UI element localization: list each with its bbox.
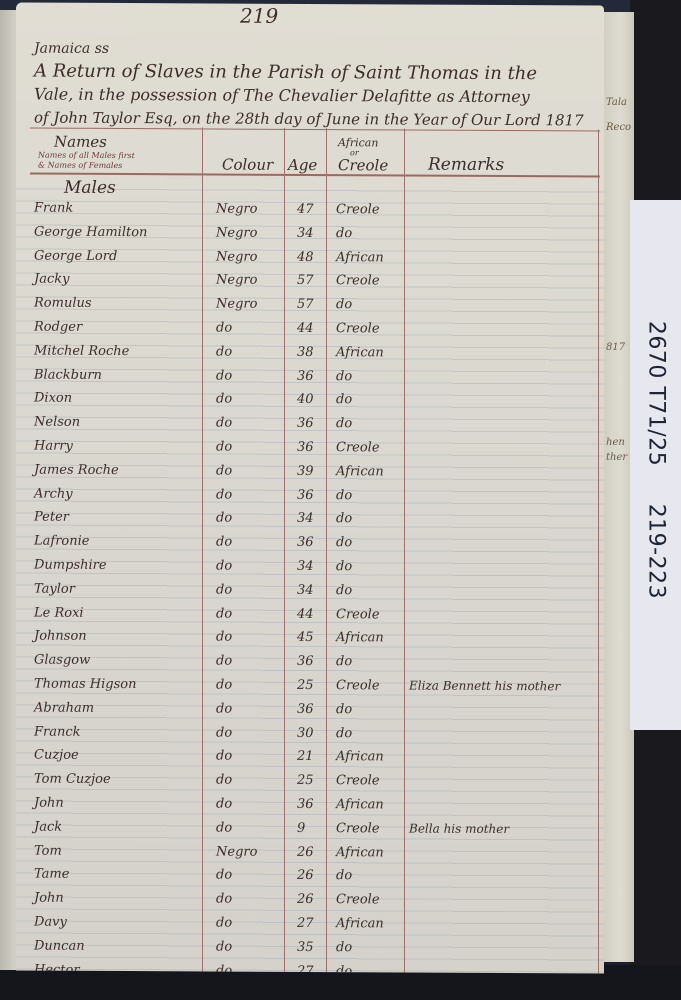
table-row: Taylordo34do <box>16 581 604 608</box>
cell-origin: do <box>336 416 352 431</box>
cell-origin: African <box>336 845 384 860</box>
cell-origin: African <box>336 464 384 479</box>
cell-colour: do <box>216 773 232 788</box>
cell-colour: Negro <box>216 249 257 264</box>
table-row: JackyNegro57Creole <box>16 272 604 299</box>
cell-origin: do <box>336 583 352 598</box>
cell-colour: Negro <box>216 297 257 312</box>
table-row: Tamedo26do <box>16 867 604 894</box>
cell-colour: do <box>216 416 232 431</box>
cell-name: Frank <box>34 201 73 216</box>
margin-note: Reco <box>606 122 631 133</box>
cell-age: 36 <box>297 369 314 384</box>
cell-age: 36 <box>297 416 314 431</box>
cell-colour: Negro <box>216 225 257 240</box>
cell-age: 40 <box>297 392 314 407</box>
table-row: George LordNegro48African <box>16 248 604 275</box>
cell-age: 21 <box>297 749 314 764</box>
table-row: Jackdo9CreoleBella his mother <box>16 819 604 846</box>
margin-note: ther <box>606 452 627 463</box>
cell-name: Harry <box>34 439 73 454</box>
cell-colour: do <box>216 368 232 383</box>
cell-age: 27 <box>297 916 314 931</box>
cell-age: 36 <box>297 488 314 503</box>
cell-age: 9 <box>297 821 305 836</box>
table-row: Dixondo40do <box>16 391 604 418</box>
cell-origin: Creole <box>336 274 380 289</box>
cell-age: 36 <box>297 654 314 669</box>
cell-name: Franck <box>34 724 81 739</box>
cell-colour: do <box>216 749 232 764</box>
cell-colour: do <box>216 892 232 907</box>
cell-name: Tom <box>34 843 62 858</box>
cell-colour: do <box>216 725 232 740</box>
cell-age: 36 <box>297 535 314 550</box>
cell-origin: African <box>336 750 384 765</box>
cell-name: John <box>34 891 64 906</box>
cell-name: John <box>34 796 64 811</box>
archive-page-range: 219-223 <box>644 504 669 599</box>
cell-name: Dumpshire <box>34 558 107 573</box>
column-header-names: Names <box>54 133 107 151</box>
table-row: Johndo26Creole <box>16 891 604 918</box>
cell-name: Jack <box>34 819 62 834</box>
cell-origin: do <box>336 297 352 312</box>
archive-reference-code: 2670 T71/25 <box>644 321 669 466</box>
cell-name: Glasgow <box>34 653 90 668</box>
heading-line-3: of John Taylor Esq, on the 28th day of J… <box>34 109 584 130</box>
table-row: Duncando35do <box>16 938 604 965</box>
cell-colour: do <box>216 630 232 645</box>
cell-name: Jacky <box>34 272 69 287</box>
table-row: Glasgowdo36do <box>16 653 604 680</box>
table-row: Le Roxido44Creole <box>16 605 604 632</box>
cell-origin: do <box>336 226 352 241</box>
table-row: Cuzjoedo21African <box>16 748 604 775</box>
heading-jurisdiction: Jamaica ss <box>34 41 109 57</box>
table-row: George HamiltonNegro34do <box>16 224 604 251</box>
cell-origin: do <box>336 940 352 955</box>
cell-colour: do <box>216 487 232 502</box>
cell-name: James Roche <box>34 462 119 477</box>
column-header-names-sub: & Names of Females <box>38 161 122 170</box>
heading-line-1: A Return of Slaves in the Parish of Sain… <box>34 61 537 85</box>
cell-age: 48 <box>297 250 314 265</box>
cell-age: 44 <box>297 607 314 622</box>
cell-age: 57 <box>297 297 314 312</box>
cell-age: 25 <box>297 773 314 788</box>
cell-name: Romulus <box>34 296 92 311</box>
archive-reference: 2670 T71/25 219-223 <box>644 321 669 599</box>
cell-age: 39 <box>297 464 314 479</box>
cell-colour: do <box>216 916 232 931</box>
column-header-names-sub: Names of all Males first <box>38 151 135 161</box>
cell-age: 34 <box>297 511 314 526</box>
cell-origin: do <box>336 726 352 741</box>
section-label-males: Males <box>64 178 116 198</box>
table-row: TomNegro26African <box>16 843 604 870</box>
cell-colour: do <box>216 535 232 550</box>
cell-name: Archy <box>34 486 73 501</box>
cell-age: 57 <box>297 273 314 288</box>
cell-origin: African <box>336 345 384 360</box>
cell-age: 34 <box>297 583 314 598</box>
cell-age: 34 <box>297 559 314 574</box>
cell-age: 36 <box>297 440 314 455</box>
table-row: Rodgerdo44Creole <box>16 319 604 346</box>
cell-age: 35 <box>297 940 314 955</box>
cell-colour: Negro <box>216 844 257 859</box>
cell-colour: do <box>216 939 232 954</box>
cell-name: Nelson <box>34 415 80 430</box>
cell-origin: African <box>336 916 384 931</box>
cell-origin: Creole <box>336 892 380 907</box>
cell-colour: do <box>216 797 232 812</box>
cell-origin: Creole <box>336 773 380 788</box>
table-row: Johnsondo45African <box>16 629 604 656</box>
cell-colour: do <box>216 820 232 835</box>
cell-origin: African <box>336 631 384 646</box>
table-row: Mitchel Rochedo38African <box>16 343 604 370</box>
table-row: Harrydo36Creole <box>16 438 604 465</box>
cell-name: Blackburn <box>34 367 102 382</box>
cell-colour: do <box>216 654 232 669</box>
cell-colour: do <box>216 511 232 526</box>
cell-name: George Hamilton <box>34 224 147 240</box>
cell-colour: do <box>216 678 232 693</box>
cell-name: Thomas Higson <box>34 677 136 693</box>
cell-colour: do <box>216 344 232 359</box>
margin-note: 817 <box>606 342 625 353</box>
cell-age: 26 <box>297 868 314 883</box>
cell-colour: Negro <box>216 273 257 288</box>
cell-name: Johnson <box>34 629 87 644</box>
cell-origin: do <box>336 964 352 974</box>
cell-colour: do <box>216 868 232 883</box>
archive-label: 2670 T71/25 219-223 <box>630 200 681 730</box>
cell-colour: do <box>216 463 232 478</box>
table-row: Lafroniedo36do <box>16 534 604 561</box>
table-row: Johndo36African <box>16 795 604 822</box>
cell-age: 36 <box>297 797 314 812</box>
cell-origin: do <box>336 869 352 884</box>
cell-name: Davy <box>34 915 67 930</box>
cell-name: Tom Cuzjoe <box>34 772 111 787</box>
cell-name: Le Roxi <box>34 605 84 620</box>
cell-remarks: Eliza Bennett his mother <box>409 679 560 694</box>
cell-origin: Creole <box>336 678 380 693</box>
table-row: Peterdo34do <box>16 510 604 537</box>
cell-name: Peter <box>34 510 69 525</box>
cell-colour: do <box>216 321 232 336</box>
column-header-age: Age <box>288 156 317 174</box>
cell-age: 26 <box>297 892 314 907</box>
cell-colour: Negro <box>216 202 257 217</box>
cell-age: 38 <box>297 345 314 360</box>
cell-age: 36 <box>297 702 314 717</box>
cell-age: 47 <box>297 202 314 217</box>
table-row: Thomas Higsondo25CreoleEliza Bennett his… <box>16 676 604 703</box>
cell-age: 25 <box>297 678 314 693</box>
margin-note: hen <box>606 437 625 448</box>
cell-age: 30 <box>297 726 314 741</box>
cell-name: Lafronie <box>34 534 89 549</box>
cell-colour: do <box>216 701 232 716</box>
cell-name: Dixon <box>34 391 72 406</box>
cell-origin: do <box>336 369 352 384</box>
cell-colour: do <box>216 582 232 597</box>
cell-origin: Creole <box>336 607 380 622</box>
table-row: Dumpshiredo34do <box>16 557 604 584</box>
cell-name: Duncan <box>34 938 85 953</box>
cell-origin: do <box>336 535 352 550</box>
cell-colour: do <box>216 392 232 407</box>
column-header-remarks: Remarks <box>428 155 504 175</box>
cell-age: 34 <box>297 226 314 241</box>
table-row: Blackburndo36do <box>16 367 604 394</box>
column-header-origin-bottom: Creole <box>338 156 388 174</box>
cell-name: George Lord <box>34 248 117 263</box>
table-row: FrankNegro47Creole <box>16 200 604 227</box>
cell-origin: Creole <box>336 440 380 455</box>
cell-name: Rodger <box>34 320 82 335</box>
cell-name: Cuzjoe <box>34 748 79 763</box>
cell-origin: do <box>336 488 352 503</box>
table-row: RomulusNegro57do <box>16 296 604 323</box>
table-row: James Rochedo39African <box>16 462 604 489</box>
cell-age: 26 <box>297 845 314 860</box>
cell-origin: African <box>336 250 384 265</box>
cell-name: Mitchel Roche <box>34 343 129 358</box>
cell-origin: Creole <box>336 321 380 336</box>
cell-age: 44 <box>297 321 314 336</box>
cell-remarks: Bella his mother <box>409 821 509 836</box>
ledger-page: 219 Jamaica ss A Return of Slaves in the… <box>16 2 604 973</box>
table-row: Abrahamdo36do <box>16 700 604 727</box>
table-row: Tom Cuzjoedo25Creole <box>16 772 604 799</box>
cell-colour: do <box>216 606 232 621</box>
table-row: Archydo36do <box>16 486 604 513</box>
page-number: 219 <box>240 4 278 28</box>
cell-name: Tame <box>34 867 69 882</box>
cell-origin: Creole <box>336 202 380 217</box>
table-row: Nelsondo36do <box>16 415 604 442</box>
cell-origin: Creole <box>336 821 380 836</box>
heading-line-2: Vale, in the possession of The Chevalier… <box>34 85 530 107</box>
cell-colour: do <box>216 559 232 574</box>
cell-age: 45 <box>297 630 314 645</box>
cell-origin: do <box>336 654 352 669</box>
table-row: Franckdo30do <box>16 724 604 751</box>
cell-name: Taylor <box>34 581 75 596</box>
cell-colour: do <box>216 440 232 455</box>
cell-origin: do <box>336 512 352 527</box>
cell-origin: do <box>336 393 352 408</box>
margin-note: Tala <box>606 97 627 108</box>
column-header-colour: Colour <box>222 156 273 174</box>
table-row: Davydo27African <box>16 914 604 941</box>
cell-origin: do <box>336 559 352 574</box>
cell-name: Abraham <box>34 700 94 715</box>
cell-origin: do <box>336 702 352 717</box>
cell-origin: African <box>336 797 384 812</box>
